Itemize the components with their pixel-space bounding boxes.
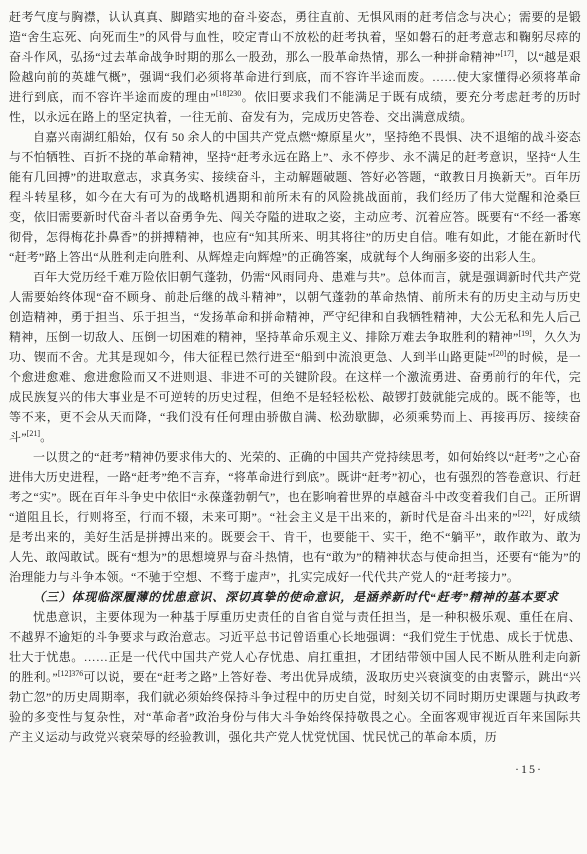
citation-ref: [12]376	[58, 669, 83, 678]
section-heading: （三）体现临深履薄的忧患意识、深切真挚的使命意识，是涵养新时代“赶考”精神的基本…	[9, 587, 581, 607]
page-number: ·15·	[515, 762, 543, 776]
citation-ref: [20]	[493, 349, 506, 358]
paragraph: 忧患意识，主要体现为一种基于厚重历史责任的自省自觉与责任担当，是一种积极乐观、重…	[9, 607, 581, 747]
paragraph: 一以贯之的“赶考”精神仍要求伟大的、光荣的、正确的中国共产党持续思考，如何始终以…	[9, 447, 581, 587]
paragraph: 自嘉兴南湖红船始，仅有 50 余人的中国共产党点燃“燎原星火”，坚持绝不畏惧、决…	[9, 127, 581, 267]
scanned-page: 赶考气度与胸襟，认认真真、脚踏实地的奋斗姿态，勇往直前、无惧风雨的赶考信念与决心…	[0, 0, 587, 854]
paragraph: 百年大党历经千难万险依旧朝气蓬勃，仍需“风雨同舟、患难与共”。总体而言，就是强调…	[9, 267, 581, 447]
paragraph: 赶考气度与胸襟，认认真真、脚踏实地的奋斗姿态，勇往直前、无惧风雨的赶考信念与决心…	[9, 7, 581, 127]
citation-ref: [22]	[518, 509, 531, 518]
citation-ref: [18]230	[216, 89, 241, 98]
citation-ref: [19]	[519, 329, 532, 338]
page-footer: ·15·	[9, 759, 581, 779]
article-body: 赶考气度与胸襟，认认真真、脚踏实地的奋斗姿态，勇往直前、无惧风雨的赶考信念与决心…	[9, 7, 581, 747]
citation-ref: [21]	[27, 429, 40, 438]
citation-ref: [17]	[500, 49, 513, 58]
